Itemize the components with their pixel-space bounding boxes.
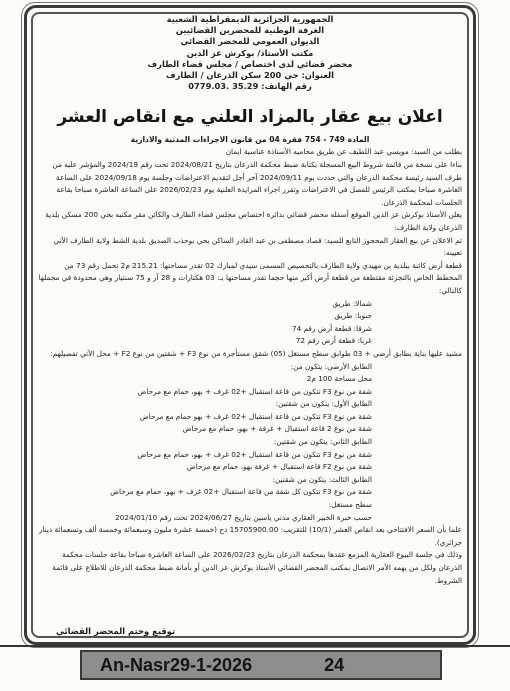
floor-item: محل مساحة 100 م2: [38, 373, 462, 386]
floor-item: شقة من نوع 2 قاعة استقبال + غرفة + بهو، …: [38, 423, 462, 436]
boundary-north: شمالا: طريق: [38, 298, 462, 311]
floor-heading: الطابق الثالث: يتكون من شقتين:: [38, 474, 462, 487]
floor-item: شقة من نوع F3 تتكون من قاعة استقبال +02 …: [38, 449, 462, 462]
boundary-east: شرقا: قطعة أرض رقم 74: [38, 323, 462, 336]
floor-heading: الطابق الثاني: يتكون من شقتين:: [38, 436, 462, 449]
publication-date: An-Nasr29-1-2026: [100, 655, 252, 676]
floor-item: شقة من نوع F3 تتكون من قاعة استقبال +02 …: [38, 411, 462, 424]
office-header: الجمهورية الجزائرية الديمقراطية الشعبية …: [38, 14, 462, 92]
header-line: مكتب الأستاذ/ بوكرش عز الدين: [38, 48, 462, 59]
body-paragraph: قطعة أرض كائنة ببلدية بن مهيدي ولاية الط…: [38, 260, 462, 298]
floor-item: شقة من نوع F2 قاعة استقبال + غرفة بهو، ح…: [38, 461, 462, 474]
body-paragraph: ثم الاعلان عن بيع العقار المحجوز التابع …: [38, 235, 462, 260]
floor-item: شقة من نوع F3 تتكون كل شقة من قاعة استقب…: [38, 486, 462, 499]
header-line: الغرفة الوطنية للمحضرين القضائيين: [38, 25, 462, 36]
auction-session-info: وذلك في جلسة البيوع العقارية المزمع عقده…: [38, 549, 462, 587]
newspaper-footer-bar: An-Nasr29-1-2026 24: [80, 650, 442, 680]
legal-reference: المادة 749 - 754 فقرة 04 من قانون الاجرا…: [38, 135, 462, 144]
appraisal-info: حسب خبرة الخبير العقاري مدني ياسين بتاري…: [38, 512, 462, 525]
announcement-title: اعلان بيع عقار بالمزاد العلني مع انقاص ا…: [38, 107, 462, 127]
announcement-body: بطلب من السيد: مويسي عبد اللطيف عن طريق …: [38, 146, 462, 587]
floor-heading: سطح مستغل:: [38, 499, 462, 512]
floor-heading: الطابق الأول: يتكون من شقتين:: [38, 398, 462, 411]
page-number: 24: [324, 655, 344, 676]
body-paragraph: بناءا على نسخة من قائمة شروط البيع المسج…: [38, 159, 462, 209]
header-line: العنوان: حي 200 سكن الذرعان / الطارف: [38, 70, 462, 81]
body-paragraph: يعلن الأستاذ بوكرش عز الدين الموقع أسفله…: [38, 209, 462, 234]
floor-item: شقة من نوع F3 تتكون من قاعة استقبال +02 …: [38, 386, 462, 399]
boundary-south: جنوبا: طريق: [38, 310, 462, 323]
page-divider-line: [0, 645, 510, 647]
body-paragraph: بطلب من السيد: مويسي عبد اللطيف عن طريق …: [38, 146, 462, 159]
floor-heading: الطابق الأرضي: يتكون من:: [38, 361, 462, 374]
header-line: الجمهورية الجزائرية الديمقراطية الشعبية: [38, 14, 462, 25]
header-line: الديوان العمومي للمحضر القضائي: [38, 36, 462, 47]
boundary-west: غربا: قطعة أرض رقم 72: [38, 335, 462, 348]
header-line: رقم الهاتف: 35.29 .0779.03: [38, 81, 462, 92]
building-description: مشيد عليها بناية بطابق أرضي + 03 طوابق س…: [38, 348, 462, 361]
signature-label: توقيع وختم المحضر القضائي: [56, 626, 175, 636]
opening-price: علما بأن السعر الافتتاحي بعد انقاص العشر…: [38, 524, 462, 549]
header-line: محضر قضائي لدى اختصاص / مجلس قضاء الطارف: [38, 59, 462, 70]
announcement-content: الجمهورية الجزائرية الديمقراطية الشعبية …: [38, 14, 462, 587]
